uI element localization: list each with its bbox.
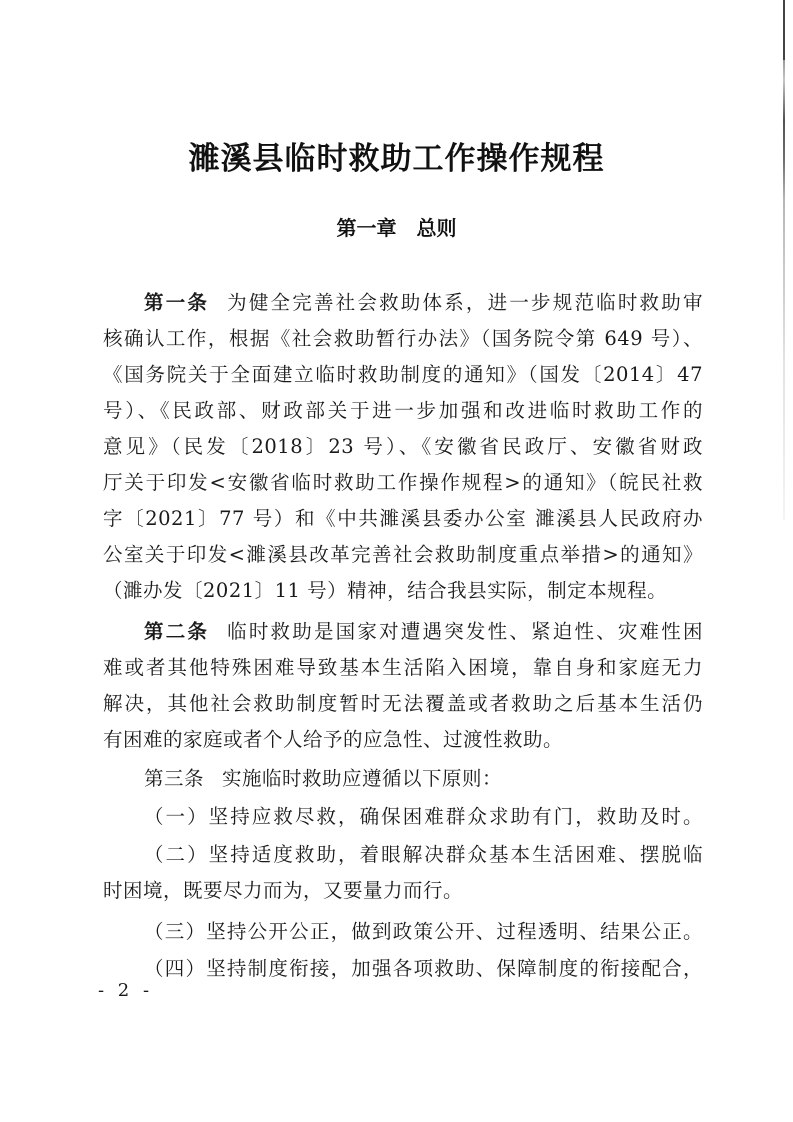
principle-4-line-1: （四）坚持制度衔接，加强各项救助、保障制度的衔接配合，: [144, 957, 703, 981]
article-1-line-4: 号）、《民政部、财政部关于进一步加强和改进临时救助工作的: [103, 399, 703, 423]
principle-1-line-1: （一）坚持应救尽救，确保困难群众求助有门，救助及时。: [144, 805, 703, 829]
article-1-line-6: 厅关于印发<安徽省临时救助工作操作规程>的通知》（皖民社救: [103, 471, 703, 495]
document-page: 濉溪县临时救助工作操作规程 第一章 总则 第一条为健全完善社会救助体系，进一步规…: [0, 0, 793, 1122]
chapter-heading: 第一章 总则: [0, 212, 793, 241]
principle-3-line-1: （三）坚持公开公正，做到政策公开、过程透明、结果公正。: [144, 920, 703, 944]
principle-2-line-1: （二）坚持适度救助，着眼解决群众基本生活困难、摆脱临: [144, 843, 703, 867]
document-title: 濉溪县临时救助工作操作规程: [0, 133, 793, 178]
article-2-line-3: 解决，其他社会救助制度暂时无法覆盖或者救助之后基本生活仍: [103, 692, 703, 716]
article-2-line-2: 难或者其他特殊困难导致基本生活陷入困境，靠自身和家庭无力: [103, 656, 703, 680]
article-1-line-9: （濉办发〔2021〕11 号）精神，结合我县实际，制定本规程。: [103, 579, 703, 603]
article-1-line-8: 公室关于印发<濉溪县改革完善社会救助制度重点举措>的通知》: [103, 543, 703, 567]
article-1-line-5: 意见》（民发〔2018〕23 号）、《安徽省民政厅、安徽省财政: [103, 435, 703, 459]
article-1-line-7: 字〔2021〕77 号）和《中共濉溪县委办公室 濉溪县人民政府办: [103, 507, 703, 531]
page-number: - 2 -: [98, 980, 153, 1001]
article-2-line-1: 第二条临时救助是国家对遭遇突发性、紧迫性、灾难性困: [144, 620, 703, 644]
article-2-line-4: 有困难的家庭或者个人给予的应急性、过渡性救助。: [103, 728, 703, 752]
article-1-line-1: 第一条为健全完善社会救助体系，进一步规范临时救助审: [144, 291, 703, 315]
article-2-label: 第二条: [144, 620, 209, 643]
article-1-line-3: 《国务院关于全面建立临时救助制度的通知》（国发〔2014〕47: [103, 363, 703, 387]
article-3-label: 第三条: [144, 767, 204, 790]
article-3-line-1: 第三条实施临时救助应遵循以下原则：: [144, 767, 703, 791]
article-1-line-2: 核确认工作，根据《社会救助暂行办法》（国务院令第 649 号）、: [103, 327, 703, 351]
principle-2-line-2: 时困境，既要尽力而为，又要量力而行。: [103, 879, 703, 903]
scan-edge-line: [783, 0, 785, 520]
article-1-label: 第一条: [144, 291, 209, 314]
